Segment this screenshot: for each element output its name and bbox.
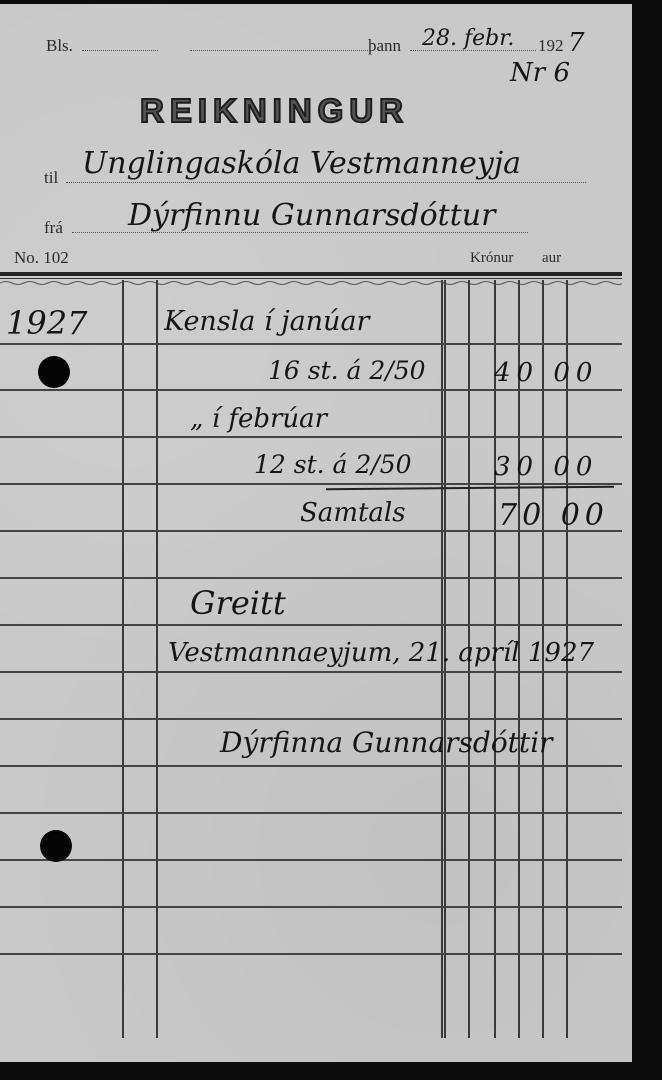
to-label: til bbox=[44, 168, 58, 188]
sum-underline bbox=[326, 486, 614, 490]
row-rule bbox=[0, 718, 622, 720]
year-digit-handwritten: 7 bbox=[568, 28, 585, 58]
invoice-paper: Bls. þann 192 28. febr. 7 Nr 6 REIKNINGU… bbox=[0, 4, 632, 1062]
punch-hole bbox=[40, 830, 72, 862]
row-rule bbox=[0, 577, 622, 579]
total-amount: 70 00 bbox=[498, 498, 609, 533]
row-rule bbox=[0, 765, 622, 767]
header-rule-thin bbox=[0, 278, 622, 279]
row-rule bbox=[0, 671, 622, 673]
sender-name: Dýrfinnu Gunnarsdóttur bbox=[128, 198, 495, 233]
entry-description: „ í febrúar bbox=[190, 404, 327, 434]
row-rule bbox=[0, 624, 622, 626]
header-wavy-rule bbox=[0, 280, 622, 286]
header-rule-thick bbox=[0, 272, 622, 276]
row-rule bbox=[0, 953, 622, 955]
bls-label: Bls. bbox=[46, 36, 73, 56]
signature: Dýrfinna Gunnarsdóttir bbox=[220, 726, 553, 759]
recipient-name: Unglingaskóla Vestmanneyja bbox=[82, 146, 521, 181]
column-line-ref bbox=[156, 280, 158, 1038]
to-dotted-line bbox=[66, 182, 586, 183]
entry-amount: 40 00 bbox=[494, 358, 598, 388]
entry-year: 1927 bbox=[6, 304, 87, 342]
place-dotted-line bbox=[190, 50, 368, 51]
document-number: Nr 6 bbox=[510, 58, 570, 88]
kronur-header: Krónur bbox=[470, 250, 513, 267]
punch-hole bbox=[38, 356, 70, 388]
perforated-edge bbox=[0, 4, 632, 8]
row-rule bbox=[0, 436, 622, 438]
date-handwritten: 28. febr. bbox=[422, 26, 514, 51]
bls-dotted-line bbox=[82, 50, 158, 51]
total-label: Samtals bbox=[300, 498, 406, 528]
form-number: No. 102 bbox=[14, 248, 69, 268]
entry-description: 16 st. á 2/50 bbox=[268, 356, 426, 385]
entry-description: Kensla í janúar bbox=[164, 306, 369, 337]
year-prefix: 192 bbox=[538, 36, 564, 56]
paid-stamp: Greitt bbox=[190, 584, 286, 622]
place-and-date: Vestmannaeyjum, 21. apríl 1927 bbox=[168, 638, 594, 668]
row-rule bbox=[0, 859, 622, 861]
row-rule bbox=[0, 389, 622, 391]
entry-amount: 30 00 bbox=[494, 452, 598, 482]
row-rule bbox=[0, 483, 622, 485]
column-line-date bbox=[122, 280, 124, 1038]
document-title: REIKNINGUR bbox=[140, 92, 409, 130]
row-rule bbox=[0, 812, 622, 814]
aur-header: aur bbox=[542, 250, 561, 267]
row-rule bbox=[0, 906, 622, 908]
from-label: frá bbox=[44, 218, 63, 238]
date-label: þann bbox=[368, 36, 401, 56]
entry-description: 12 st. á 2/50 bbox=[254, 450, 412, 479]
row-rule bbox=[0, 343, 622, 345]
